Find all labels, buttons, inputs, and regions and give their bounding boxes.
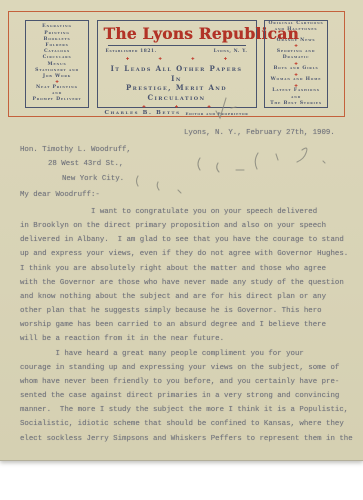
scanned-letter-page: EngravingPrintingBookletsFoldersCatalogs… [0,0,363,500]
letterhead: EngravingPrintingBookletsFoldersCatalogs… [8,11,345,117]
address-line: Hon. Timothy L. Woodruff, [20,143,131,157]
established-row: Established 1821. Lyons, N. Y. [104,49,250,54]
ornament-row-top: ✚ ✚ ✚ ✚ [104,56,250,62]
body-line: courage in standing up and expressing yo… [20,361,356,375]
body-line: I have heard a great many people complim… [20,347,356,361]
left-panel-line: Prompt Delivery [27,97,87,103]
address-line: 28 West 43rd St., [20,157,131,171]
body-line: Socialistic, idiotic scheme that should … [20,417,356,431]
body-line: elect sockless Jerry Simpsons and Whiske… [20,432,356,446]
body-line: worship game has been carried to an absu… [20,318,356,332]
editor-row: Charles B. Betts Editor and Proprietor [104,110,250,116]
body-line: I think you are absolutely right about t… [20,262,356,276]
slogan-line-2: Prestige, Merit And [104,83,250,93]
address-line: New York City. [20,172,131,186]
body-line: delivered in Albany. I am glad to see th… [20,233,356,247]
dateline: Lyons, N. Y., February 27th, 1909. [184,129,335,137]
letterhead-right-panel: Original Cartoonsand Halftones✚Grange Ne… [264,20,328,108]
body-line: and know nothing about the subject and a… [20,290,356,304]
newspaper-title: The Lyons Republican [104,24,250,44]
letter-body: I want to congratulate you on your speec… [20,205,356,446]
body-line: will be a reaction from it in the near f… [20,332,356,346]
body-line: sented the case against direct primaries… [20,389,356,403]
masthead-rule [108,45,246,46]
body-line: manner. The more I study the subject the… [20,403,356,417]
letterhead-masthead: The Lyons Republican Established 1821. L… [97,20,257,108]
established-label: Established 1821. [106,49,157,54]
location-label: Lyons, N. Y. [214,49,248,54]
body-line: whom have never been friendly to you bef… [20,375,356,389]
body-line: in Brooklyn on the direct primary propos… [20,219,356,233]
body-line: up and express your views, even if they … [20,247,356,261]
right-panel-line: The Best Stories [266,101,326,107]
editor-name: Charles B. Betts [105,110,181,116]
letterhead-left-panel: EngravingPrintingBookletsFoldersCatalogs… [25,20,89,108]
slogan-line-1: It Leads All Other Papers In [104,64,250,83]
slogan: It Leads All Other Papers In Prestige, M… [104,64,250,102]
letter-paper: EngravingPrintingBookletsFoldersCatalogs… [0,0,363,461]
editor-title: Editor and Proprietor [186,111,249,116]
body-line: other plan that he suggests simply becau… [20,304,356,318]
recipient-address: Hon. Timothy L. Woodruff,28 West 43rd St… [20,143,131,186]
body-line: with the Governor are those who have nev… [20,276,356,290]
salutation: My dear Woodruff:- [20,191,100,199]
body-line: I want to congratulate you on your speec… [20,205,356,219]
slogan-line-3: Circulation [104,93,250,103]
